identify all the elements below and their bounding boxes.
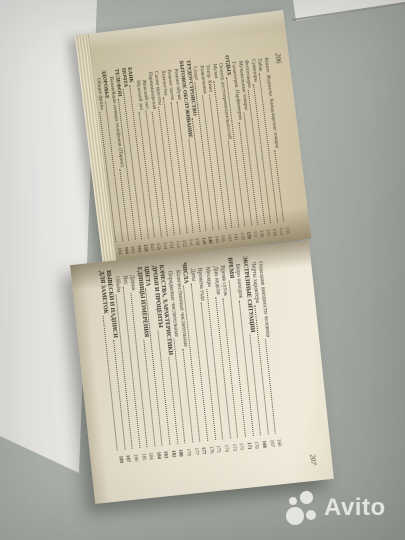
toc-entry-label: Даты <box>188 268 195 281</box>
toc-entry-label: Длина <box>128 275 135 291</box>
toc-entry-page: 136 <box>257 226 263 238</box>
toc-entry-page: 176 <box>207 442 213 453</box>
toc-entry-page: 156 <box>154 239 160 251</box>
toc-entry-page: 184 <box>146 449 152 460</box>
toc-entry-page: 152 <box>180 236 186 248</box>
toc-entry-page: 134 <box>270 225 276 237</box>
toc-entry-page: 146 <box>212 232 218 244</box>
book-page-207: 207 Описание внешности человека166Черты … <box>70 240 334 504</box>
toc-entry-page: 166 <box>274 435 280 446</box>
book-page-206: 206 Книги. Журналы. Канцелярские товары1… <box>75 10 311 264</box>
photo-scene: 206 Книги. Журналы. Канцелярские товары1… <box>0 0 405 540</box>
toc-entry-page: 187 <box>123 451 129 462</box>
toc-entry-page: 135 <box>263 226 269 238</box>
toc-entry-page: 189 <box>116 452 122 463</box>
toc-entry-label: ЦВЕТА <box>142 266 150 287</box>
toc-entry-label: Объём <box>113 276 120 293</box>
toc-entry-label: ВРЕМЯ <box>225 257 233 278</box>
toc-entry-page: 186 <box>131 450 137 461</box>
avito-watermark-text: Avito <box>324 496 386 520</box>
toc-entry-page: 175 <box>214 442 220 453</box>
toc-entry-page: 170 <box>252 438 258 449</box>
toc-entry-page: 131 <box>283 223 289 235</box>
toc-entry-page: 179 <box>184 445 190 456</box>
toc-entry-page: 154 <box>167 237 173 249</box>
toc-entry-page: 171 <box>237 439 243 450</box>
toc-entry-page: 139 <box>244 228 250 240</box>
toc-entry-page: 185 <box>139 450 145 461</box>
toc-entry-page: 137 <box>250 227 256 239</box>
toc-entry-page: 164 <box>115 244 121 256</box>
toc-entry-page: 177 <box>199 443 205 454</box>
toc-entry-page: 133 <box>276 224 282 236</box>
toc-entry-page: 157 <box>147 240 153 252</box>
toc-entry-page: 141 <box>231 229 237 241</box>
toc-entry-page: 161 <box>134 241 140 253</box>
toc-entry-page: 143 <box>225 230 231 242</box>
toc-entry-page: 159 <box>141 241 147 253</box>
toc-entry-page: 151 <box>186 235 192 247</box>
toc-entry-page: 150 <box>199 233 205 245</box>
page-number-207: 207 <box>285 251 318 470</box>
toc-entry-page: 168 <box>259 437 265 448</box>
toc-entry-page: 148 <box>205 233 211 245</box>
toc-entry-label: Месяцы <box>203 267 211 288</box>
toc-entry-label: Вес <box>120 275 127 285</box>
toc-entry-page: 174 <box>222 441 228 452</box>
toc-list-207: Описание внешности человека166Черты хара… <box>97 254 286 489</box>
toc-entry-page: 180 <box>176 446 182 457</box>
toc-entry-page: 153 <box>173 237 179 249</box>
avito-logo-icon <box>285 489 320 526</box>
toc-entry-page: 182 <box>169 446 175 457</box>
page-207-content: 207 Описание внешности человека166Черты … <box>70 240 334 504</box>
toc-entry-page: 184 <box>154 448 160 459</box>
toc-entry-page: 145 <box>218 231 224 243</box>
toc-entry-page: 139 <box>238 229 244 241</box>
toc-entry-page: 163 <box>128 242 134 254</box>
toc-list-206: Книги. Журналы. Канцелярские товары131Та… <box>94 50 291 255</box>
toc-entry-page: 167 <box>267 436 273 447</box>
toc-entry-page: 177 <box>191 444 197 455</box>
toc-entry-page: 173 <box>229 440 235 451</box>
toc-entry-page: 150 <box>192 234 198 246</box>
toc-entry-page: 171 <box>244 438 250 449</box>
avito-watermark: Avito <box>285 489 386 526</box>
toc-entry-page: 183 <box>161 447 167 458</box>
toc-entry-page: 154 <box>160 238 166 250</box>
page-206-content: 206 Книги. Журналы. Канцелярские товары1… <box>75 10 311 264</box>
toc-entry-page: 164 <box>121 243 127 255</box>
